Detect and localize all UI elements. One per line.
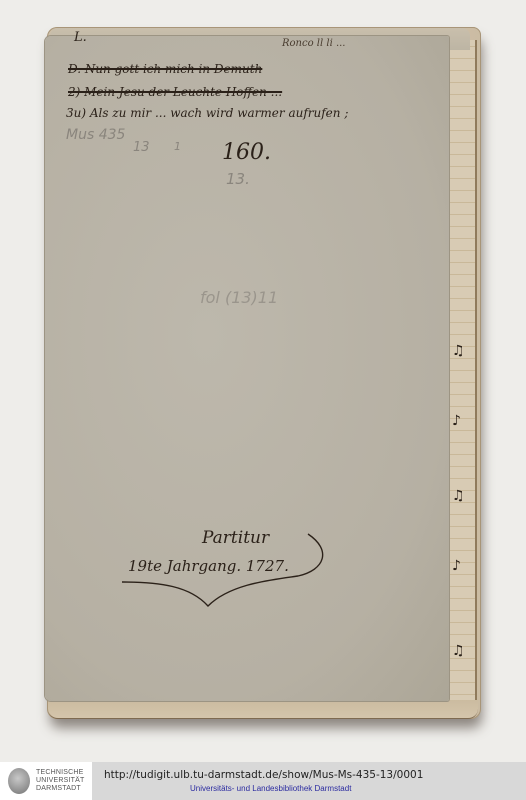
music-notation-fragment: ♪	[452, 415, 464, 427]
music-notation-fragment: ♫	[452, 645, 464, 657]
faint-pencil-note: fol (13)11	[200, 288, 278, 307]
athena-head-icon	[8, 768, 30, 794]
footer-bar: TECHNISCHE UNIVERSITÄT DARMSTADT http://…	[0, 762, 526, 800]
pencil-mark-small: 1	[174, 140, 181, 153]
manuscript-scan: ♫ ♪ ♫ ♪ ♫ L. Ronco ll li ... D. Nun gott…	[0, 0, 526, 762]
flourish-ornament	[120, 530, 330, 610]
corner-mark: L.	[74, 30, 87, 45]
ink-number: 160.	[222, 140, 271, 165]
pencil-shelfmark: Mus 435	[66, 127, 125, 143]
bottom-fold	[48, 700, 478, 719]
pencil-number: 13.	[226, 170, 250, 188]
music-notation-fragment: ♫	[452, 490, 464, 502]
logo-text: TECHNISCHE UNIVERSITÄT DARMSTADT	[36, 769, 84, 793]
text-line-3: 3u) Als zu mir ... wach wird warmer aufr…	[66, 106, 348, 120]
struck-line-2: 2) Mein Jesu der Leuchte Hoffen ...	[68, 85, 282, 99]
top-edge-scribble: Ronco ll li ...	[282, 38, 345, 49]
struck-line-1: D. Nun gott ich mich in Demuth	[68, 62, 262, 76]
pencil-shelfmark-sub: 13	[133, 140, 150, 155]
music-notation-fragment: ♪	[452, 560, 464, 572]
source-url[interactable]: http://tudigit.ulb.tu-darmstadt.de/show/…	[104, 769, 423, 781]
tu-darmstadt-logo[interactable]: TECHNISCHE UNIVERSITÄT DARMSTADT	[0, 762, 92, 800]
library-link[interactable]: Universitäts- und Landesbibliothek Darms…	[190, 784, 351, 793]
music-notation-fragment: ♫	[452, 345, 464, 357]
